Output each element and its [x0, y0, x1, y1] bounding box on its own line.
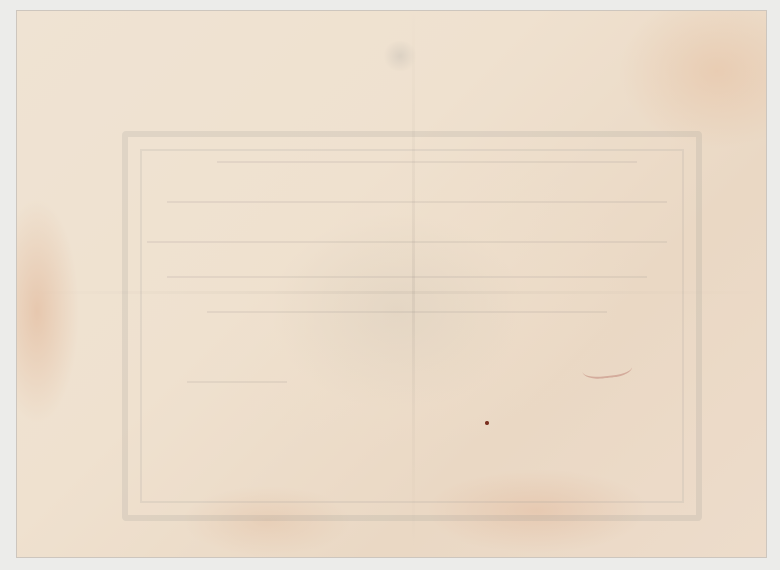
text-line-bleed-through — [217, 161, 637, 163]
vertical-fold — [412, 11, 415, 557]
horizontal-fold — [17, 291, 766, 294]
text-line-bleed-through — [207, 311, 607, 313]
text-line-bleed-through — [167, 201, 667, 203]
document-sheet — [17, 11, 766, 557]
text-line-bleed-through — [147, 241, 667, 243]
ink-spot — [485, 421, 489, 425]
signature-bleed-through — [187, 381, 287, 383]
text-line-bleed-through — [167, 276, 647, 278]
